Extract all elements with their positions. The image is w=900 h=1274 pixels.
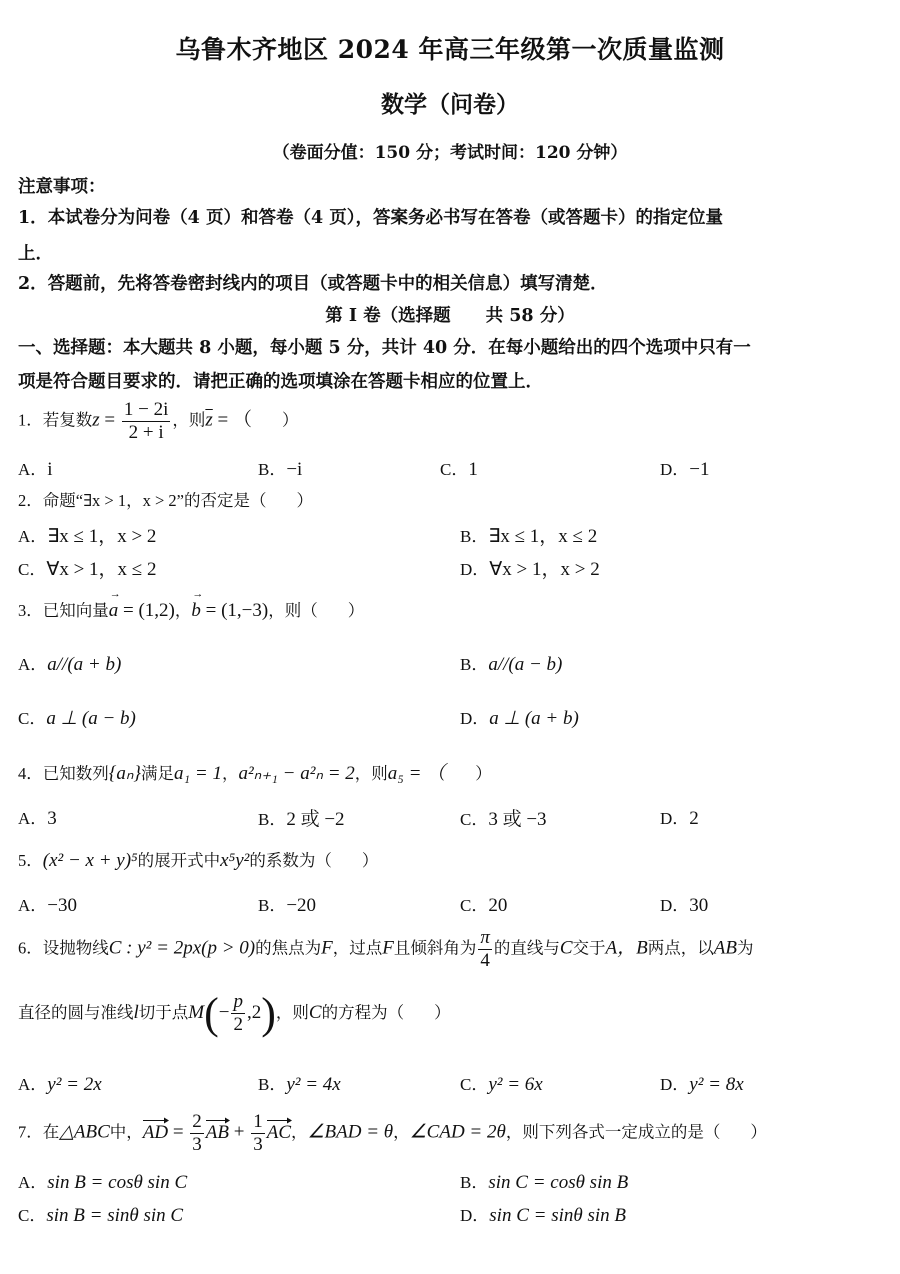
angle-cad: ∠CAD = 2θ [410,1122,506,1143]
stem-text: 且倾斜角为 [394,939,477,958]
question-4-option-a[interactable]: A．3 [18,804,57,830]
vector-ad: AD [143,1120,168,1144]
question-2-stem: 2．命题“∃x > 1，x > 2”的否定是（） [18,487,313,511]
section-description-line-1: 一、选择题：本大题共 8 小题，每小题 5 分，共计 40 分．在每小题给出的四… [18,334,751,359]
exam-title: 乌鲁木齐地区 2024 年高三年级第一次质量监测 [0,30,900,66]
question-6-option-b[interactable]: B．y² = 4x [258,1070,341,1096]
question-1-option-d[interactable]: D．−1 [660,455,710,481]
answer-blank-close: ） [750,1123,767,1142]
stem-text: 在 [43,1123,60,1142]
answer-blank-close: ） [475,764,492,783]
question-3-option-c[interactable]: C．a ⊥ (a − b) [18,704,136,730]
notice-item-1-continued: 上． [18,240,53,265]
stem-text: 已知向量 [43,601,109,620]
option-label: A． [18,1173,47,1192]
option-text: 1 [468,459,478,480]
option-text: 30 [689,895,708,916]
option-label: A． [18,527,47,546]
option-label: C． [460,810,488,829]
stem-text: = （ [213,410,252,431]
question-5-option-d[interactable]: D．30 [660,891,708,917]
question-7-option-d[interactable]: D．sin C = sinθ sin B [460,1201,626,1227]
question-number: 7． [18,1123,43,1142]
option-text: 3 [47,808,57,829]
stem-text: 为 [737,939,754,958]
question-3-stem: 3．已知向量a = (1,2)，b = (1,−3)，则（） [18,597,364,622]
focus: F [321,938,333,959]
option-text: 3 或 −3 [488,809,546,830]
vector-a: a [109,600,119,622]
question-6-option-d[interactable]: D．y² = 8x [660,1070,744,1096]
expression: (x² − x + y)⁵ [43,850,138,871]
question-5-stem: 5．(x² − x + y)⁵的展开式中x⁵y²的系数为（） [18,847,378,872]
parabola-equation: C : y² = 2px(p > 0) [109,938,255,959]
fraction-numerator: 2 [190,1112,204,1134]
option-text: −20 [286,895,316,916]
fraction-denominator: 3 [190,1134,204,1156]
fraction: p2 [231,992,245,1036]
option-label: B． [460,527,488,546]
option-text: y² = 8x [689,1074,743,1095]
option-text: 20 [488,895,507,916]
stem-text: 命题“∃x > 1，x > 2”的否定是（ [43,491,267,510]
points: A，B [606,938,648,959]
separator: ， [291,1123,308,1142]
target-term: a₅ = （ [388,763,445,784]
option-label: C． [460,1075,488,1094]
question-number: 4． [18,764,43,783]
equals-sign: = [168,1122,188,1143]
option-label: D． [460,1206,489,1225]
option-label: D． [460,709,489,728]
question-6-stem-line-1: 6．设抛物线C : y² = 2px(p > 0)的焦点为F，过点F且倾斜角为π… [18,928,753,972]
question-2-option-d[interactable]: D．∀x > 1，x > 2 [460,554,600,581]
question-5-option-b[interactable]: B．−20 [258,891,316,917]
vector-b-value: = (1,−3) [201,600,268,621]
question-number: 3． [18,601,43,620]
notice-item-text: 答题前，先将答卷密封线内的项目（或答题卡中的相关信息）填写清楚． [48,274,608,294]
option-text: ∃x ≤ 1，x > 2 [47,526,156,547]
sequence: {aₙ} [109,763,141,784]
question-2-option-a[interactable]: A．∃x ≤ 1，x > 2 [18,521,156,548]
fraction-denominator: 4 [478,950,492,972]
question-1-option-a[interactable]: A．i [18,455,53,481]
stem-text: ，则 [355,764,388,783]
question-3-option-b[interactable]: B．a//(a − b) [460,650,562,676]
stem-text: 的直线与 [494,939,560,958]
option-text: 2 或 −2 [286,809,344,830]
option-label: D． [660,1075,689,1094]
fraction-denominator: 2 + i [122,422,171,444]
section-description-line-2: 项是符合题目要求的．请把正确的选项填涂在答题卡相应的位置上． [18,368,543,393]
vector-ac: AC [267,1120,291,1144]
option-label: C． [18,1206,46,1225]
math-eq: = [100,410,120,431]
paren-open: ( [204,989,219,1038]
option-text: a ⊥ (a + b) [489,708,579,729]
stem-text: 两点，以 [648,939,714,958]
fraction: 13 [251,1112,265,1156]
question-number: 5． [18,851,43,870]
segment: AB [714,938,737,959]
question-6-option-c[interactable]: C．y² = 6x [460,1070,543,1096]
option-text: sin B = cosθ sin C [47,1172,187,1193]
option-text: −30 [47,895,77,916]
separator: ， [222,764,239,783]
vector-a-value: = (1,2) [118,600,175,621]
exam-subtitle: 数学（问卷） [0,86,900,119]
condition-1: a₁ = 1 [174,763,222,784]
question-7-option-a[interactable]: A．sin B = cosθ sin C [18,1168,187,1194]
option-text: y² = 4x [286,1074,340,1095]
question-4-stem: 4．已知数列{aₙ}满足a₁ = 1，a²ₙ₊₁ − a²ₙ = 2，则a₅ =… [18,758,492,785]
fraction: π4 [478,928,492,972]
fraction: 1 − 2i2 + i [122,400,171,444]
section-title: 第 I 卷（选择题 共 58 分） [0,302,900,327]
answer-blank-close: ） [434,1003,451,1022]
vector-ab: AB [206,1120,229,1144]
question-7-option-b[interactable]: B．sin C = cosθ sin B [460,1168,628,1194]
vector-b: b [191,600,201,622]
option-text: sin C = sinθ sin B [489,1205,626,1226]
question-3-option-a[interactable]: A．a//(a + b) [18,650,121,676]
term: x⁵y² [220,850,249,871]
notice-item-number: 2． [18,274,48,294]
fraction-numerator: 1 [251,1112,265,1134]
notice-item-2: 2．答题前，先将答卷密封线内的项目（或答题卡中的相关信息）填写清楚． [18,270,608,295]
math-var: z [92,410,99,431]
question-1-option-c[interactable]: C．1 [440,455,478,481]
option-label: C． [460,896,488,915]
stem-text: ，则（ [268,601,318,620]
curve-name: C [560,938,573,959]
paren-close: ) [261,989,276,1038]
option-label: D． [660,460,689,479]
conjugate-var: z [205,410,212,431]
exam-meta: （卷面分值：150 分；考试时间：120 分钟） [0,138,900,163]
option-label: B． [258,460,286,479]
answer-blank-close: ） [362,851,379,870]
stem-text: 交于 [573,939,606,958]
option-text: i [47,459,52,480]
focus: F [382,938,394,959]
question-2-option-b[interactable]: B．∃x ≤ 1，x ≤ 2 [460,521,597,548]
option-label: C． [18,560,46,579]
separator: ， [393,1123,410,1142]
separator: ， [175,601,192,620]
answer-blank-close: ） [296,491,313,510]
option-text: a ⊥ (a − b) [46,708,136,729]
notice-item-1: 1．本试卷分为问卷（4 页）和答卷（4 页），答案务必书写在答卷（或答题卡）的指… [18,204,723,229]
notice-heading: 注意事项： [18,173,106,198]
option-text: −i [286,459,302,480]
fraction: 23 [190,1112,204,1156]
fraction-denominator: 2 [231,1014,245,1036]
fraction-numerator: p [231,992,245,1014]
option-label: D． [460,560,489,579]
question-number: 2． [18,491,43,510]
option-label: A． [18,655,47,674]
option-text: sin C = cosθ sin B [488,1172,628,1193]
stem-text: 切于点 [139,1003,189,1022]
question-4-option-c[interactable]: C．3 或 −3 [460,804,547,831]
question-number: 6． [18,939,43,958]
angle-bad: ∠BAD = θ [308,1122,394,1143]
option-text: sin B = sinθ sin C [46,1205,183,1226]
stem-text: 的方程为（ [322,1003,405,1022]
fraction-numerator: 1 − 2i [122,400,171,422]
option-label: D． [660,896,689,915]
notice-item-text: 本试卷分为问卷（4 页）和答卷（4 页），答案务必书写在答卷（或答题卡）的指定位… [48,208,723,228]
question-7-option-c[interactable]: C．sin B = sinθ sin C [18,1201,183,1227]
option-label: A． [18,460,47,479]
option-label: B． [258,1075,286,1094]
triangle: △ABC [59,1122,110,1143]
fraction-denominator: 3 [251,1134,265,1156]
option-text: y² = 2x [47,1074,101,1095]
option-label: B． [258,896,286,915]
stem-text: 的展开式中 [138,851,221,870]
minus-sign: − [219,1002,230,1023]
option-text: −1 [689,459,709,480]
point-y: ,2 [247,1002,261,1023]
option-text: y² = 6x [488,1074,542,1095]
question-number: 1． [18,411,43,430]
option-text: ∀x > 1，x ≤ 2 [46,559,156,580]
question-4-option-d[interactable]: D．2 [660,804,699,830]
point-m: M [188,1002,204,1023]
option-label: A． [18,1075,47,1094]
option-label: A． [18,809,47,828]
option-text: ∀x > 1，x > 2 [489,559,599,580]
condition-2: a²ₙ₊₁ − a²ₙ = 2 [238,763,354,784]
stem-text: 已知数列 [43,764,109,783]
option-text: ∃x ≤ 1，x ≤ 2 [488,526,597,547]
stem-text: 若复数 [43,411,93,430]
stem-text: ，则下列各式一定成立的是（ [506,1123,721,1142]
option-text: 2 [689,808,699,829]
question-1-option-b[interactable]: B．−i [258,455,302,481]
question-5-option-a[interactable]: A．−30 [18,891,77,917]
stem-text: 的焦点为 [255,939,321,958]
question-1-stem: 1．若复数z = 1 − 2i2 + i，则z = （） [18,400,299,444]
stem-text: 直径的圆与准线 [18,1003,134,1022]
question-6-stem-line-2: 直径的圆与准线l切于点M(−p2,2)，则C的方程为（） [18,992,451,1036]
plus-sign: + [229,1122,249,1143]
option-label: B． [460,655,488,674]
answer-blank-close: ） [348,601,365,620]
stem-text: 中， [110,1123,143,1142]
option-label: C． [440,460,468,479]
option-label: C． [18,709,46,728]
question-7-stem: 7．在△ABC中，AD = 23AB + 13AC，∠BAD = θ，∠CAD … [18,1112,767,1156]
curve-name: C [309,1002,322,1023]
option-label: B． [460,1173,488,1192]
stem-text: ，则 [172,411,205,430]
question-4-option-b[interactable]: B．2 或 −2 [258,804,345,831]
option-label: B． [258,810,286,829]
option-text: a//(a − b) [488,654,562,675]
option-label: D． [660,809,689,828]
question-2-option-c[interactable]: C．∀x > 1，x ≤ 2 [18,554,157,581]
question-3-option-d[interactable]: D．a ⊥ (a + b) [460,704,579,730]
stem-text: 满足 [141,764,174,783]
question-5-option-c[interactable]: C．20 [460,891,507,917]
question-6-option-a[interactable]: A．y² = 2x [18,1070,102,1096]
fraction-numerator: π [478,928,492,950]
stem-text: ，过点 [333,939,383,958]
notice-item-number: 1． [18,208,48,228]
stem-text: 的系数为（ [249,851,332,870]
answer-blank-close: ） [282,411,299,430]
option-label: A． [18,896,47,915]
option-text: a//(a + b) [47,654,121,675]
stem-text: 设抛物线 [43,939,109,958]
stem-text: ，则 [276,1003,309,1022]
